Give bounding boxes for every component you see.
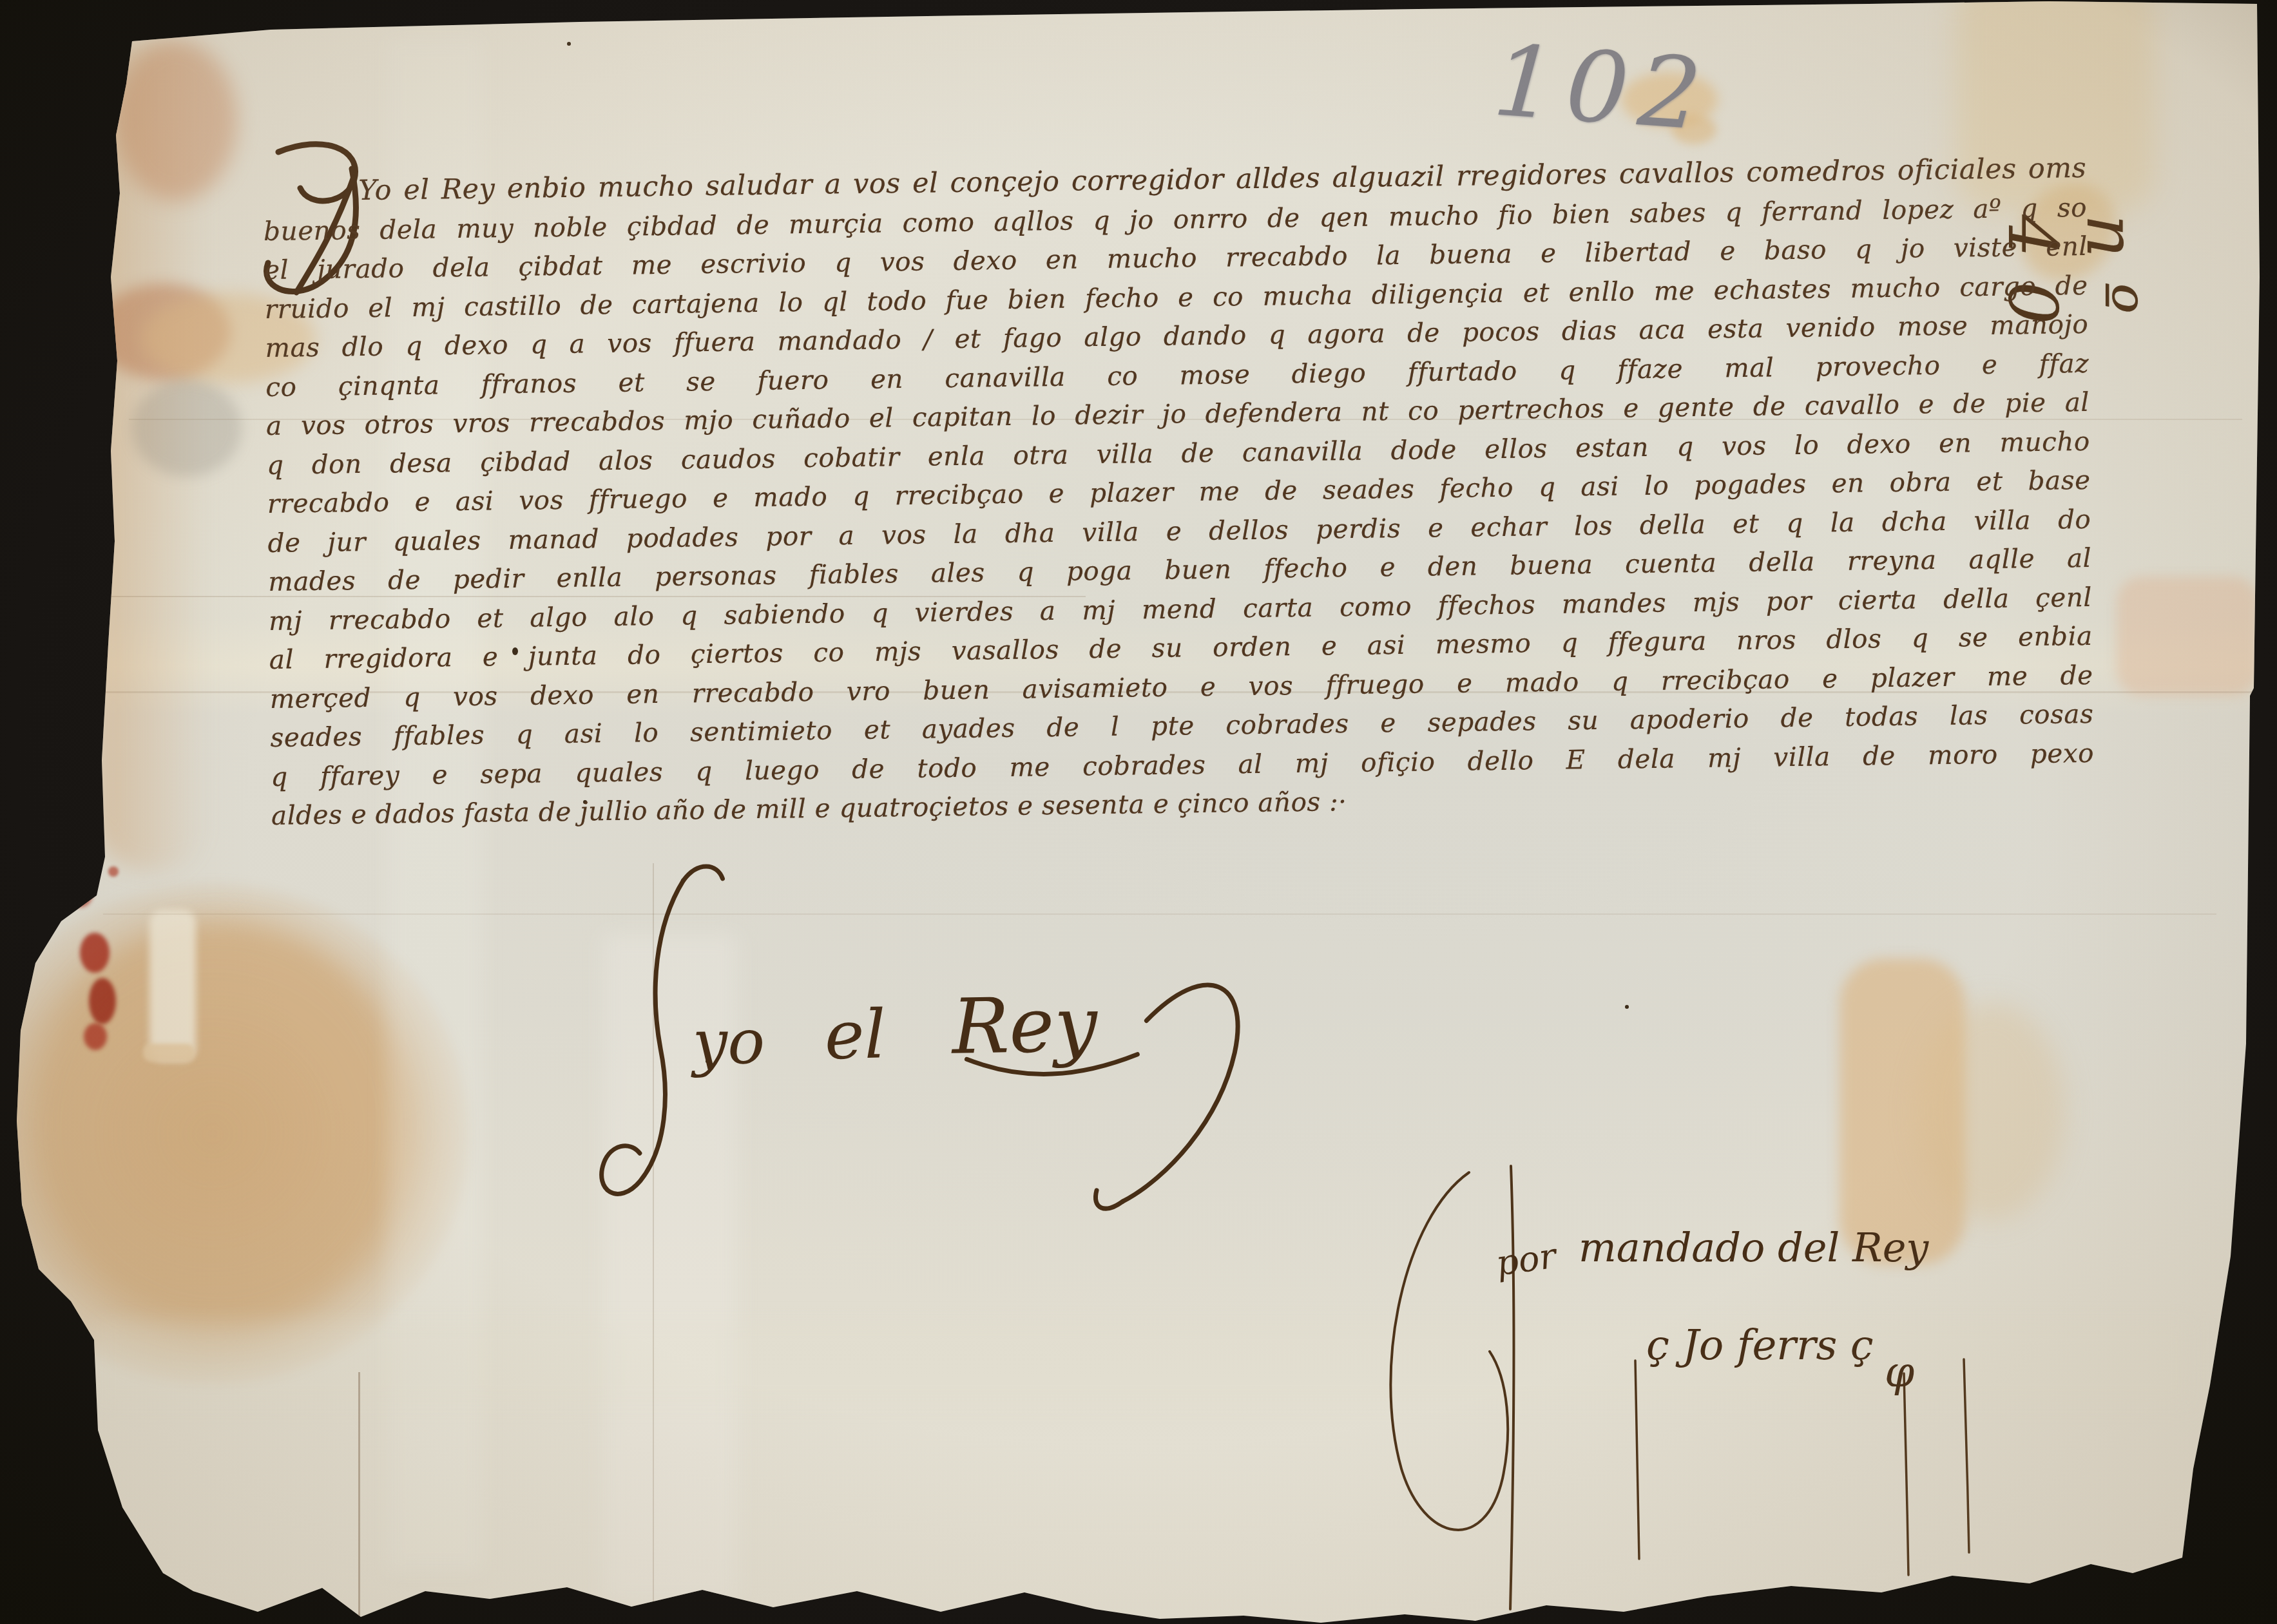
letter-body: Yo el Rey enbio mucho saludar a vos el c… xyxy=(263,149,2095,835)
royal-signature-rey: Rey xyxy=(950,980,1099,1071)
ink-speck xyxy=(567,42,571,46)
chancery-prefix: por xyxy=(1494,1235,1561,1284)
ink-speck xyxy=(1625,1005,1629,1009)
stain-left-red-patch xyxy=(95,283,231,380)
wax-spot-3 xyxy=(89,978,116,1024)
wax-spot-1 xyxy=(68,877,93,907)
smudge-gray xyxy=(132,380,242,477)
royal-signature-el: el xyxy=(824,995,887,1075)
royal-signature-yo: yo xyxy=(689,1006,765,1079)
stain-top-left-corner xyxy=(115,40,237,201)
royal-signature: yo el Rey xyxy=(550,825,1331,1263)
wax-spot-4 xyxy=(84,1023,107,1050)
chancery-note: mandado del Rey xyxy=(1579,1224,1929,1271)
ink-speck xyxy=(319,1612,324,1617)
seal-stain-core xyxy=(32,921,406,1327)
secretary-rubric: φ xyxy=(1885,1347,1914,1397)
manuscript-sheet: 102 nº 40 Yo el Rey enbio mucho saludar … xyxy=(0,0,2277,1624)
seal-stain-light-bar xyxy=(143,1044,195,1062)
seal-stain-halo xyxy=(0,883,470,1385)
seal-stain-light-strip xyxy=(149,910,196,1061)
chancery-block: por mandado del Rey ç Jo ferrs ç φ xyxy=(1353,1147,2210,1617)
crease-vertical-1 xyxy=(358,1372,360,1623)
wax-speck xyxy=(108,866,119,877)
wax-spot-2 xyxy=(80,933,110,973)
stain-right-edge-pink xyxy=(2117,577,2258,696)
secretary-signature: ç Jo ferrs ç xyxy=(1646,1322,1874,1370)
photo-background: 102 nº 40 Yo el Rey enbio mucho saludar … xyxy=(0,0,2277,1624)
stain-left-edge-wash xyxy=(95,39,208,870)
pencil-folio-number: 102 xyxy=(1490,23,1715,152)
